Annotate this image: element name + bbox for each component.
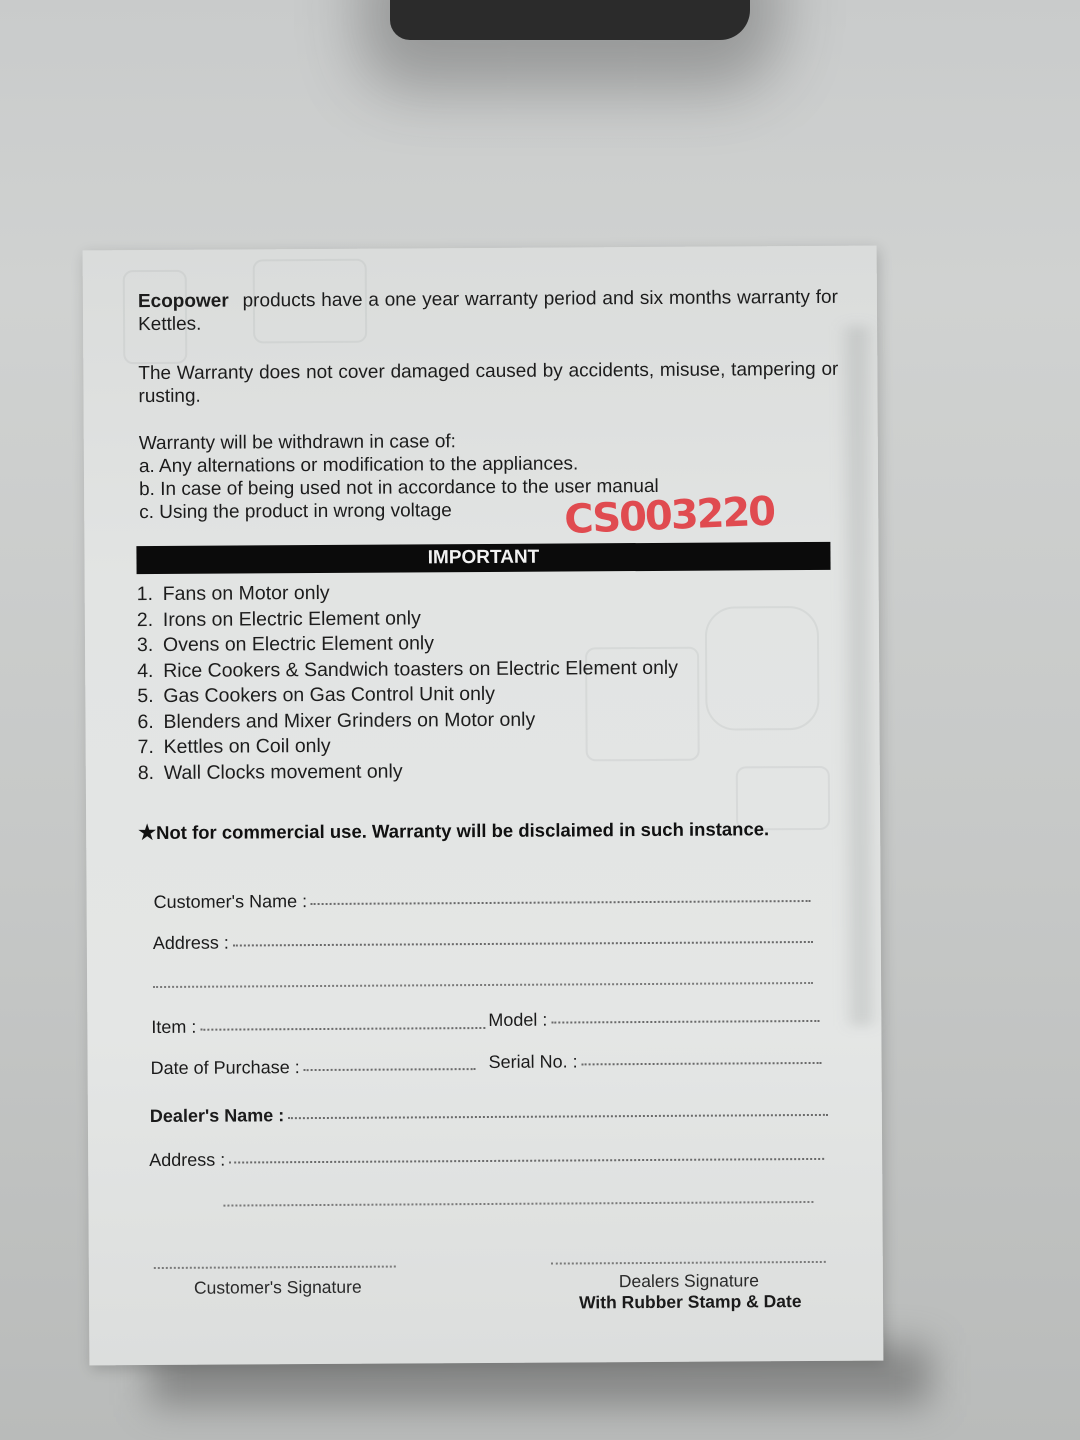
warranty-card: Ecopower products have a one year warran… (83, 246, 884, 1366)
dealer-signature-line[interactable] (551, 1261, 826, 1265)
date-of-purchase-field[interactable]: Date of Purchase : (151, 1056, 476, 1079)
list-item: 3.Ovens on Electric Element only (137, 630, 678, 659)
list-item: 2.Irons on Electric Element only (137, 604, 678, 633)
dealer-signature-sublabel: With Rubber Stamp & Date (579, 1291, 799, 1313)
handwritten-serial-stamp: CS003220 (563, 489, 775, 544)
serial-no-field[interactable]: Serial No. : (489, 1050, 822, 1073)
dealer-address-field[interactable]: Address : (149, 1146, 824, 1171)
customer-address-line-2[interactable] (153, 982, 813, 988)
list-item: 4.Rice Cookers & Sandwich toasters on El… (137, 655, 678, 684)
customer-signature-line[interactable] (154, 1266, 396, 1269)
list-item: 7.Kettles on Coil only (138, 732, 679, 761)
model-field[interactable]: Model : (488, 1008, 819, 1031)
list-item: 5.Gas Cookers on Gas Control Unit only (137, 681, 678, 710)
dealer-address-input[interactable] (229, 1158, 824, 1164)
model-input[interactable] (551, 1020, 819, 1024)
dealer-signature-label: Dealers Signature With Rubber Stamp & Da… (579, 1270, 799, 1313)
date-of-purchase-input[interactable] (304, 1068, 476, 1071)
commercial-use-disclaimer: ★Not for commercial use. Warranty will b… (138, 816, 769, 845)
dealer-name-field[interactable]: Dealer's Name : (150, 1102, 828, 1127)
important-list: 1.Fans on Motor only 2.Irons on Electric… (137, 579, 679, 786)
customer-name-field[interactable]: Customer's Name : (154, 888, 812, 913)
list-item: 6.Blenders and Mixer Grinders on Motor o… (137, 706, 678, 735)
item-field[interactable]: Item : (151, 1015, 485, 1038)
customer-signature-label: Customer's Signature (194, 1277, 362, 1299)
item-input[interactable] (200, 1027, 485, 1031)
dealer-address-line-2[interactable] (223, 1201, 813, 1207)
customer-name-input[interactable] (311, 900, 811, 905)
list-item: 8.Wall Clocks movement only (138, 757, 679, 786)
important-heading-bar: IMPORTANT (136, 542, 830, 574)
brand-name: Ecopower (138, 291, 229, 313)
list-item: 1.Fans on Motor only (137, 579, 678, 608)
intro-text: products have a one year warranty period… (138, 287, 838, 335)
intro-paragraph: Ecopower products have a one year warran… (138, 286, 838, 336)
dark-object-top (390, 0, 750, 40)
coverage-paragraph: The Warranty does not cover damaged caus… (138, 358, 838, 408)
customer-address-field[interactable]: Address : (153, 929, 813, 954)
fold-shadow (837, 326, 881, 1026)
customer-address-input[interactable] (233, 941, 813, 947)
watermark-kettle (705, 606, 820, 731)
dealer-name-input[interactable] (288, 1114, 828, 1119)
serial-no-input[interactable] (582, 1062, 822, 1065)
star-icon: ★ (138, 822, 156, 844)
